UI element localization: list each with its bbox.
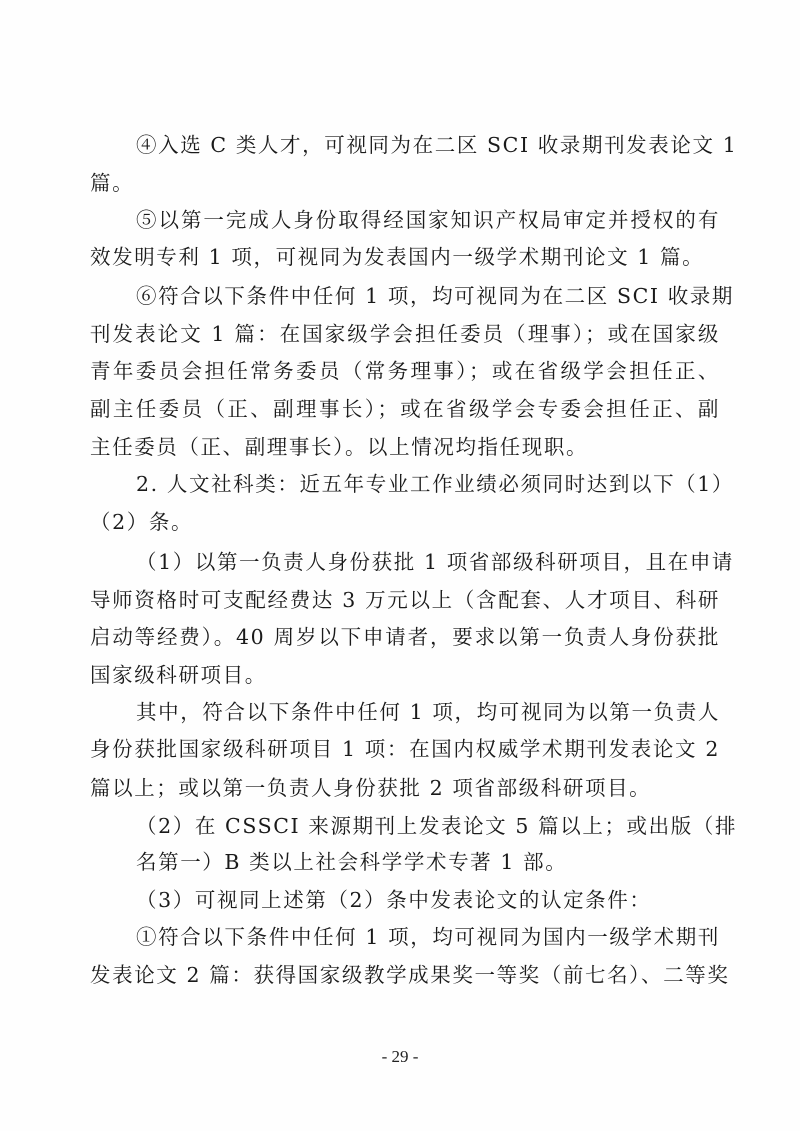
text-line: 发表论文 2 篇：获得国家级教学成果奖一等奖（前七名）、二等奖	[90, 960, 720, 990]
text-line: ⑤以第一完成人身份取得经国家知识产权局审定并授权的有	[136, 205, 720, 235]
text-line: 副主任委员（正、副理事长）；或在省级学会专委会担任正、副	[90, 394, 720, 424]
text-line: 名第一）B 类以上社会科学学术专著 1 部。	[136, 847, 720, 877]
text-line: （2）条。	[90, 507, 720, 537]
text-line: （1）以第一负责人身份获批 1 项省部级科研项目，且在申请	[136, 547, 720, 577]
text-line: 身份获批国家级科研项目 1 项：在国内权威学术期刊发表论文 2	[90, 734, 720, 764]
text-line: 效发明专利 1 项，可视同为发表国内一级学术期刊论文 1 篇。	[90, 242, 720, 272]
text-line: 篇。	[90, 168, 720, 198]
text-line: 篇以上；或以第一负责人身份获批 2 项省部级科研项目。	[90, 773, 720, 803]
text-line: 主任委员（正、副理事长）。以上情况均指任现职。	[90, 432, 720, 462]
text-line: 国家级科研项目。	[90, 660, 720, 690]
text-line: ⑥符合以下条件中任何 1 项，均可视同为在二区 SCI 收录期	[136, 281, 720, 311]
text-line: 青年委员会担任常务委员（常务理事）；或在省级学会担任正、	[90, 356, 720, 386]
text-line: ④入选 C 类人才，可视同为在二区 SCI 收录期刊发表论文 1	[136, 130, 720, 160]
text-line: 启动等经费）。40 周岁以下申请者，要求以第一负责人身份获批	[90, 622, 720, 652]
text-line: （3）可视同上述第（2）条中发表论文的认定条件：	[136, 885, 720, 915]
text-line: ①符合以下条件中任何 1 项，均可视同为国内一级学术期刊	[136, 922, 720, 952]
document-page: ④入选 C 类人才，可视同为在二区 SCI 收录期刊发表论文 1 篇。 ⑤以第一…	[0, 0, 800, 1131]
text-line: （2）在 CSSCI 来源期刊上发表论文 5 篇以上；或出版（排	[136, 811, 720, 841]
text-line: 2. 人文社科类：近五年专业工作业绩必须同时达到以下（1）	[136, 469, 720, 499]
text-line: 导师资格时可支配经费达 3 万元以上（含配套、人才项目、科研	[90, 585, 720, 615]
text-line: 刊发表论文 1 篇：在国家级学会担任委员（理事）；或在国家级	[90, 319, 720, 349]
page-number: - 29 -	[0, 1046, 800, 1068]
text-line: 其中，符合以下条件中任何 1 项，均可视同为以第一负责人	[136, 697, 720, 727]
